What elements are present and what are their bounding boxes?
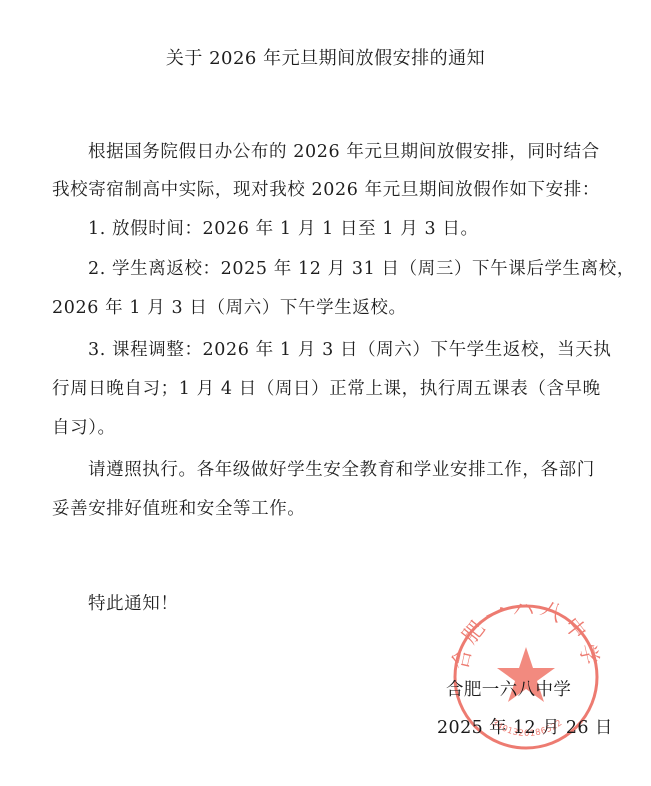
signature-organization: 合肥一六八中学 bbox=[446, 676, 571, 701]
item-3-line-2: 行周日晚自习；1 月 4 日（周日）正常上课，执行周五课表（含早晚 bbox=[52, 375, 600, 400]
paragraph-1-line-2: 我校寄宿制高中实际，现对我校 2026 年元旦期间放假作如下安排： bbox=[52, 176, 600, 201]
document-title: 关于 2026 年元旦期间放假安排的通知 bbox=[0, 44, 651, 70]
item-3-line-3: 自习）。 bbox=[52, 414, 600, 439]
item-1-holiday-time: 1. 放假时间：2026 年 1 月 1 日至 1 月 3 日。 bbox=[88, 215, 600, 240]
paragraph-5-line-2: 妥善安排好值班和安全等工作。 bbox=[52, 495, 600, 520]
item-2-line-1: 2. 学生离返校：2025 年 12 月 31 日（周三）下午课后学生离校， bbox=[88, 255, 600, 280]
paragraph-1-line-1: 根据国务院假日办公布的 2026 年元旦期间放假安排，同时结合 bbox=[88, 138, 600, 163]
item-3-line-1: 3. 课程调整：2026 年 1 月 3 日（周六）下午学生返校，当天执 bbox=[88, 336, 600, 361]
signature-date: 2025 年 12 月 26 日 bbox=[437, 714, 613, 739]
paragraph-5-line-1: 请遵照执行。各年级做好学生安全教育和学业安排工作，各部门 bbox=[88, 456, 600, 481]
item-2-line-2: 2026 年 1 月 3 日（周六）下午学生返校。 bbox=[52, 294, 600, 319]
document-page: 关于 2026 年元旦期间放假安排的通知 根据国务院假日办公布的 2026 年元… bbox=[0, 0, 651, 786]
